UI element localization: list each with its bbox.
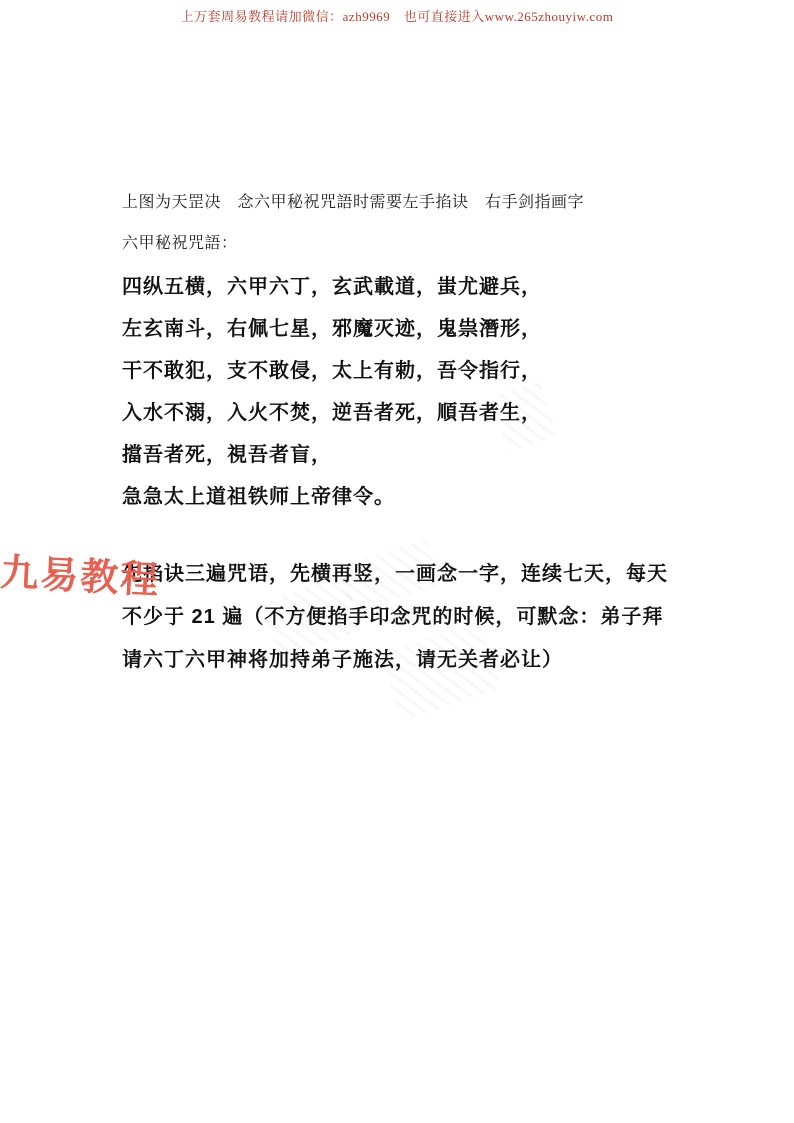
document-page: 上万套周易教程请加微信：azh9969 也可直接进入www.265zhouyiw… <box>0 0 794 1123</box>
incantation-line: 急急太上道祖铁师上帝律令。 <box>122 476 682 518</box>
site-watermark-text: 九易教程 <box>0 541 162 604</box>
promo-header-text: 上万套周易教程请加微信：azh9969 也可直接进入www.265zhouyiw… <box>0 6 794 25</box>
incantation-block: 四纵五横，六甲六丁，玄武載道，蚩尤避兵， 左玄南斗，右佩七星，邪魔灭迹，鬼祟潛形… <box>122 266 682 518</box>
instructions-line: 不少于 21 遍（不方便掐手印念咒的时候，可默念：弟子拜 <box>122 596 682 639</box>
incantation-line: 干不敢犯，支不敢侵，太上有勅，吾令指行， <box>122 350 682 392</box>
intro-line: 上图为天罡决 念六甲秘祝咒語时需要左手掐诀 右手剑指画字 <box>122 189 682 212</box>
incantation-line: 擋吾者死，視吾者盲， <box>122 434 682 476</box>
incantation-line: 四纵五横，六甲六丁，玄武載道，蚩尤避兵， <box>122 266 682 308</box>
incantation-line: 入水不溺，入火不焚，逆吾者死，順吾者生， <box>122 392 682 434</box>
incantation-section-label: 六甲秘祝咒語： <box>122 230 682 253</box>
incantation-line: 左玄南斗，右佩七星，邪魔灭迹，鬼祟潛形， <box>122 308 682 350</box>
